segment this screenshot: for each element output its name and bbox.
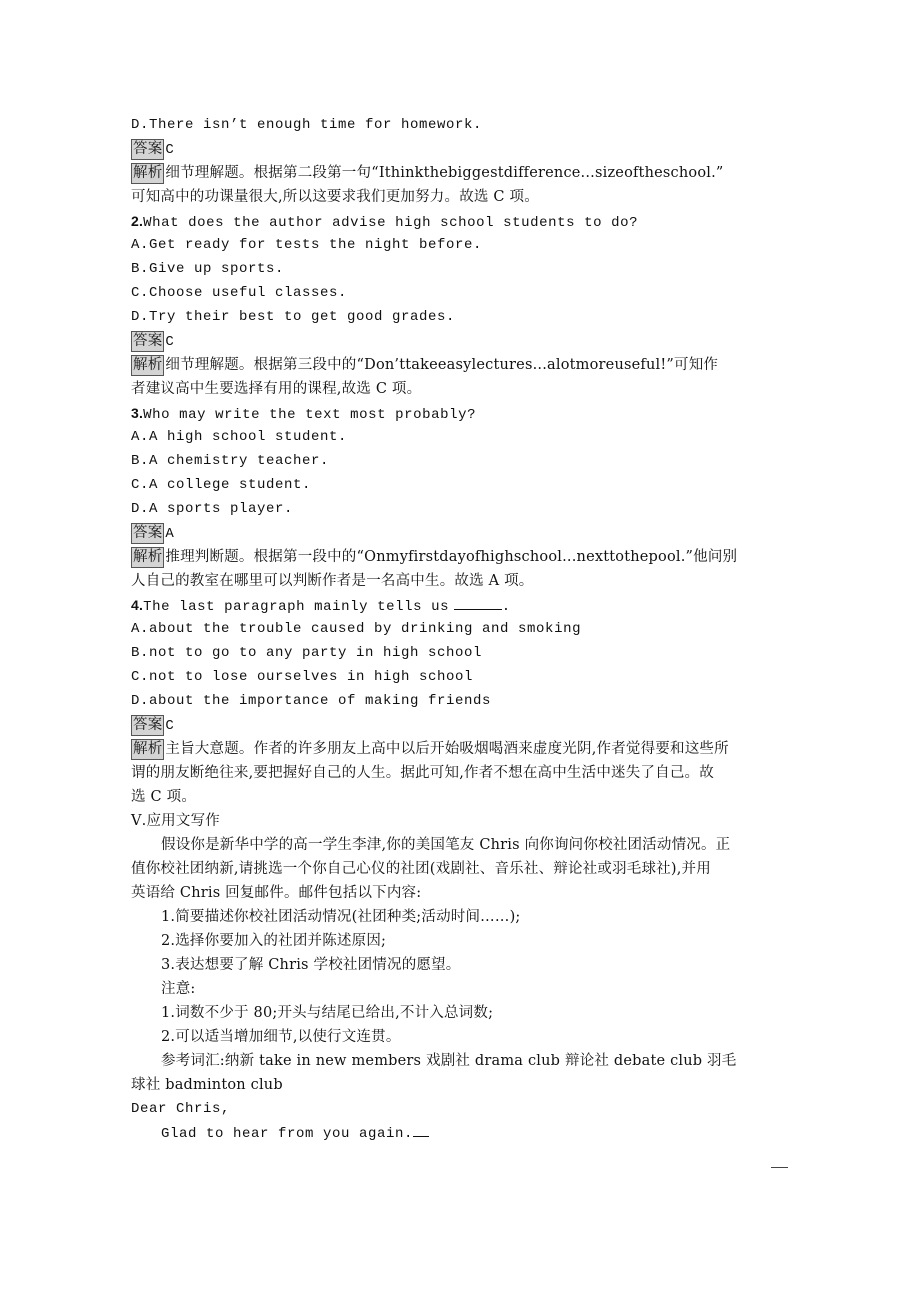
requirement-item: 1.简要描述你校社团活动情况(社团种类;活动时间……);	[131, 905, 796, 929]
question-stem: The last paragraph mainly tells us	[143, 599, 449, 615]
q3-option-a: A.A high school student.	[131, 425, 796, 449]
requirement-item: 3.表达想要了解 Chris 学校社团情况的愿望。	[131, 953, 796, 977]
answer-tag: 答案	[131, 139, 164, 160]
answer-tag: 答案	[131, 523, 164, 544]
q2-option-b: B.Give up sports.	[131, 257, 796, 281]
analysis-tag: 解析	[131, 163, 164, 184]
q2-answer-row: 答案C	[131, 329, 796, 353]
section-title: Ⅴ.应用文写作	[131, 809, 796, 833]
analysis-text: 细节理解题。根据第二段第一句“Ithinkthebiggestdifferenc…	[165, 165, 723, 181]
analysis-tag: 解析	[131, 355, 164, 376]
answer-value: C	[165, 334, 174, 350]
prompt-line: 假设你是新华中学的高一学生李津,你的美国笔友 Chris 向你询问你校社团活动情…	[131, 833, 796, 857]
analysis-text: 推理判断题。根据第一段中的“Onmyfirstdayofhighschool..…	[165, 549, 737, 565]
analysis-text: 主旨大意题。作者的许多朋友上高中以后开始吸烟喝酒来虚度光阴,作者觉得要和这些所	[165, 741, 728, 757]
answer-line	[771, 1167, 788, 1168]
writing-blank	[413, 1122, 429, 1137]
question-number: 2.	[131, 213, 143, 229]
question-number: 4.	[131, 597, 143, 613]
q1-answer-row: 答案C	[131, 137, 796, 161]
q2-analysis-row: 解析细节理解题。根据第三段中的“Don’ttakeeasylectures...…	[131, 353, 796, 377]
q4-option-a: A.about the trouble caused by drinking a…	[131, 617, 796, 641]
analysis-text: 选 C 项。	[131, 785, 796, 809]
answer-value: A	[165, 526, 174, 542]
analysis-text: 细节理解题。根据第三段中的“Don’ttakeeasylectures...al…	[165, 357, 718, 373]
analysis-tag: 解析	[131, 547, 164, 568]
q4-option-b: B.not to go to any party in high school	[131, 641, 796, 665]
stem-end: .	[502, 599, 511, 615]
q1-analysis-row: 解析细节理解题。根据第二段第一句“Ithinkthebiggestdiffere…	[131, 161, 796, 185]
analysis-text: 人自己的教室在哪里可以判断作者是一名高中生。故选 A 项。	[131, 569, 796, 593]
q3-stem-row: 3.Who may write the text most probably?	[131, 401, 796, 425]
prompt-line: 英语给 Chris 回复邮件。邮件包括以下内容:	[131, 881, 796, 905]
q4-option-c: C.not to lose ourselves in high school	[131, 665, 796, 689]
question-number: 3.	[131, 405, 143, 421]
letter-opening: Glad to hear from you again.	[161, 1126, 413, 1142]
q4-option-d: D.about the importance of making friends	[131, 689, 796, 713]
q2-option-c: C.Choose useful classes.	[131, 281, 796, 305]
q2-option-d: D.Try their best to get good grades.	[131, 305, 796, 329]
vocab-line: 参考词汇:纳新 take in new members 戏剧社 drama cl…	[131, 1049, 796, 1073]
q3-option-d: D.A sports player.	[131, 497, 796, 521]
analysis-text: 可知高中的功课量很大,所以这要求我们更加努力。故选 C 项。	[131, 185, 796, 209]
fill-blank	[454, 595, 502, 610]
question-stem: Who may write the text most probably?	[143, 407, 476, 423]
q4-stem-row: 4.The last paragraph mainly tells us .	[131, 593, 796, 617]
q1-option-d: D.There isn’t enough time for homework.	[131, 113, 796, 137]
answer-value: C	[165, 718, 174, 734]
q3-option-c: C.A college student.	[131, 473, 796, 497]
document-page: D.There isn’t enough time for homework. …	[131, 113, 796, 1145]
vocab-line: 球社 badminton club	[131, 1073, 796, 1097]
q3-answer-row: 答案A	[131, 521, 796, 545]
answer-tag: 答案	[131, 331, 164, 352]
requirement-item: 2.选择你要加入的社团并陈述原因;	[131, 929, 796, 953]
prompt-line: 值你校社团纳新,请挑选一个你自己心仪的社团(戏剧社、音乐社、辩论社或羽毛球社),…	[131, 857, 796, 881]
q2-option-a: A.Get ready for tests the night before.	[131, 233, 796, 257]
letter-opening-row: Glad to hear from you again.	[131, 1121, 796, 1145]
analysis-tag: 解析	[131, 739, 164, 760]
q3-option-b: B.A chemistry teacher.	[131, 449, 796, 473]
analysis-text: 者建议高中生要选择有用的课程,故选 C 项。	[131, 377, 796, 401]
q4-analysis-row: 解析主旨大意题。作者的许多朋友上高中以后开始吸烟喝酒来虚度光阴,作者觉得要和这些…	[131, 737, 796, 761]
note-item: 2.可以适当增加细节,以使行文连贯。	[131, 1025, 796, 1049]
q4-answer-row: 答案C	[131, 713, 796, 737]
question-stem: What does the author advise high school …	[143, 215, 638, 231]
notes-title: 注意:	[131, 977, 796, 1001]
analysis-text: 谓的朋友断绝往来,要把握好自己的人生。据此可知,作者不想在高中生活中迷失了自己。…	[131, 761, 796, 785]
letter-salutation: Dear Chris,	[131, 1097, 796, 1121]
answer-value: C	[165, 142, 174, 158]
note-item: 1.词数不少于 80;开头与结尾已给出,不计入总词数;	[131, 1001, 796, 1025]
q3-analysis-row: 解析推理判断题。根据第一段中的“Onmyfirstdayofhighschool…	[131, 545, 796, 569]
answer-tag: 答案	[131, 715, 164, 736]
q2-stem-row: 2.What does the author advise high schoo…	[131, 209, 796, 233]
